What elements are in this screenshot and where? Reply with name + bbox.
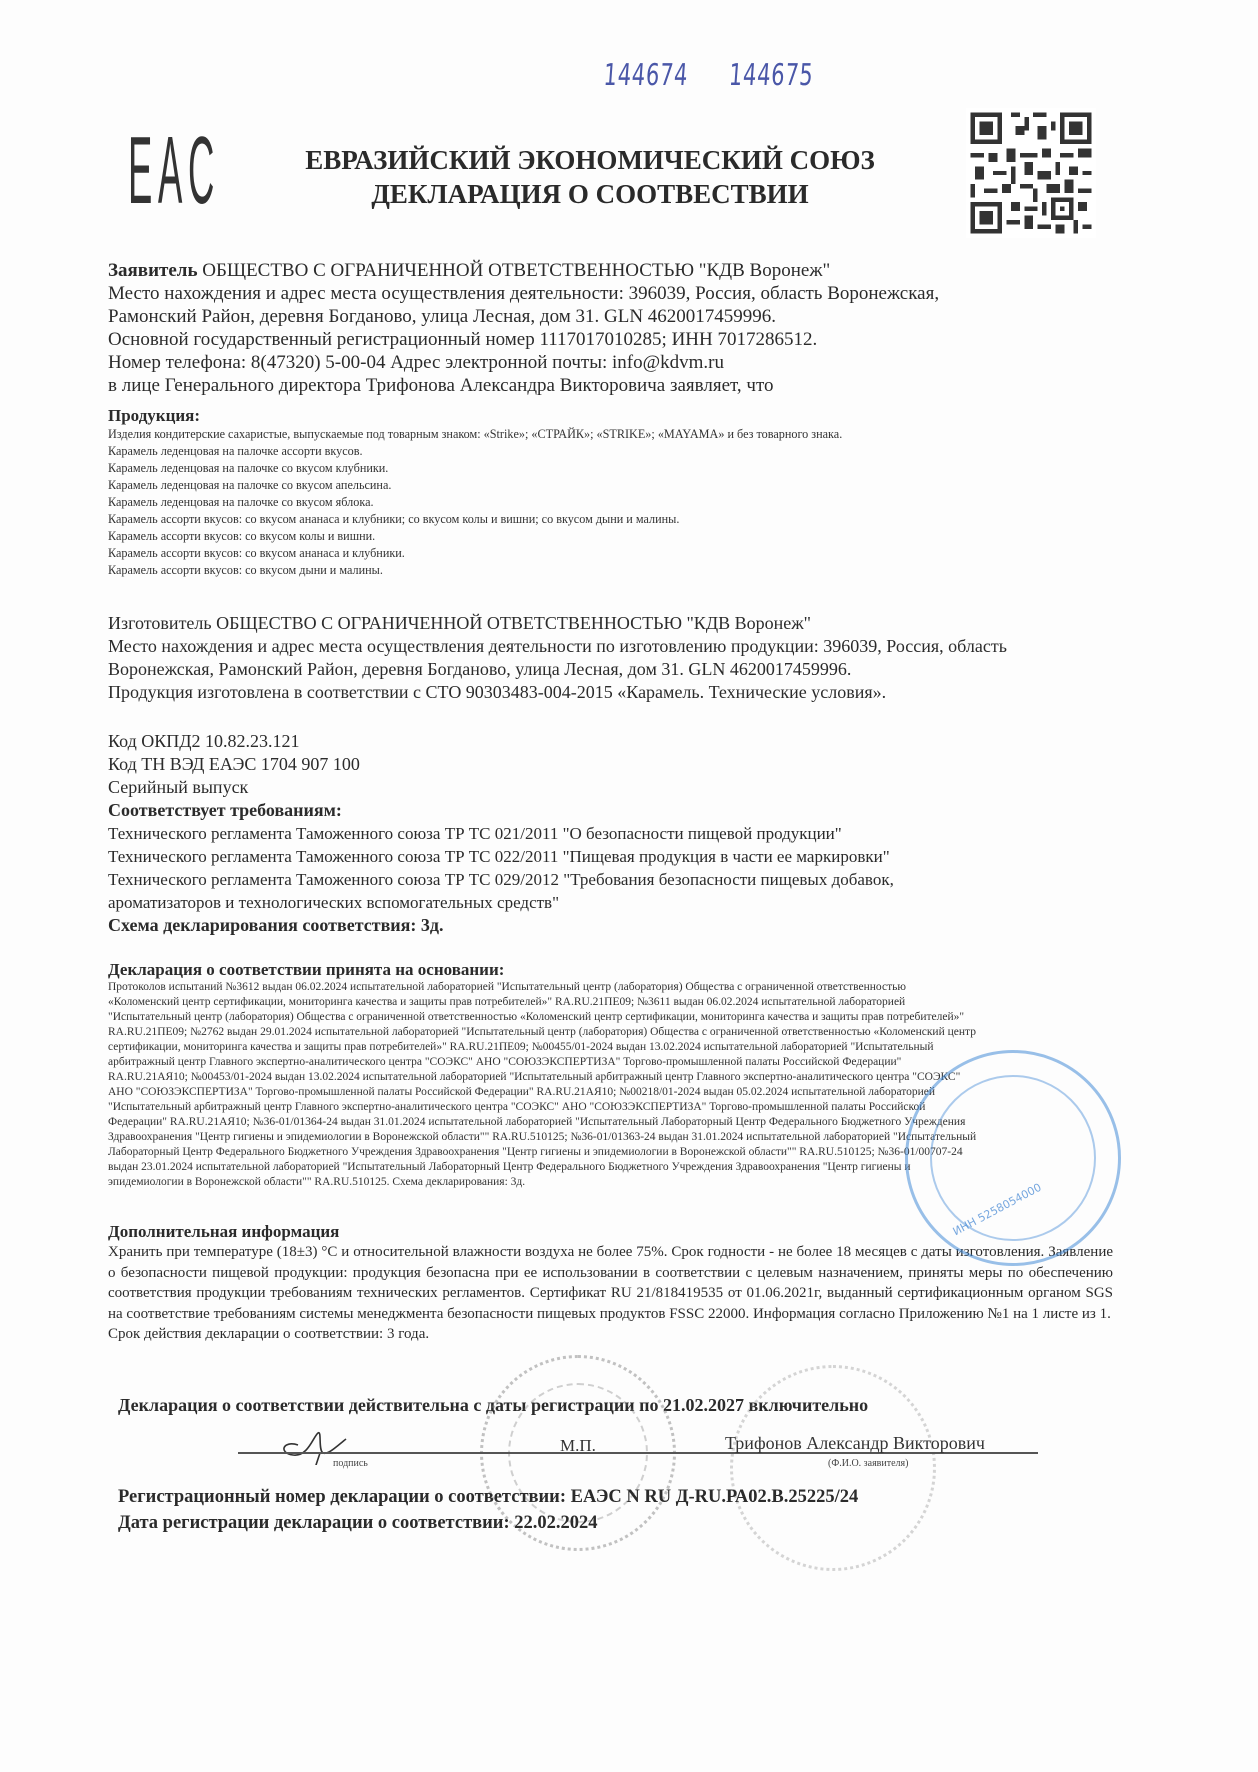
blue-seal-text: ИНН 5258054000: [951, 1181, 1044, 1239]
basis-label: Декларация о соответствии принята на осн…: [108, 960, 1118, 980]
eac-letter-c: С: [188, 128, 197, 214]
applicant-section: Заявитель ОБЩЕСТВО С ОГРАНИЧЕННОЙ ОТВЕТС…: [108, 259, 1118, 397]
basis-line: "Испытательный центр (лаборатория) Общес…: [108, 1010, 1118, 1025]
product-item: Карамель ассорти вкусов: со вкусом анана…: [108, 511, 1118, 528]
eac-logo-icon: Е А С: [128, 128, 210, 214]
registration-number: Регистрационный номер декларации о соотв…: [118, 1487, 858, 1508]
product-item: Карамель леденцовая на палочке со вкусом…: [108, 460, 1118, 477]
handwritten-numbers: 144674 144675: [602, 58, 848, 93]
requirement-item: Технического регламента Таможенного союз…: [108, 822, 1118, 845]
signer-name: Трифонов Александр Викторович: [725, 1433, 985, 1454]
qr-code-icon: [966, 108, 1096, 238]
applicant-name: ОБЩЕСТВО С ОГРАНИЧЕННОЙ ОТВЕТСТВЕННОСТЬЮ…: [198, 260, 831, 281]
applicant-label: Заявитель: [108, 260, 198, 281]
product-item: Карамель ассорти вкусов: со вкусом анана…: [108, 545, 1118, 562]
handwritten-number-2: 144675: [728, 58, 815, 93]
manufacturer-section: Изготовитель ОБЩЕСТВО С ОГРАНИЧЕННОЙ ОТВ…: [108, 612, 1118, 704]
tn-ved-code: Код ТН ВЭД ЕАЭС 1704 907 100: [108, 753, 1118, 776]
manufacturer-standard: Продукция изготовлена в соответствии с С…: [108, 681, 1118, 704]
document-title: ЕВРАЗИЙСКИЙ ЭКОНОМИЧЕСКИЙ СОЮЗ ДЕКЛАРАЦИ…: [280, 143, 900, 211]
blue-seal-stamp: ИНН 5258054000: [905, 1050, 1121, 1266]
requirements-label: Соответствует требованиям:: [108, 799, 1118, 822]
requirement-item: Технического регламента Таможенного союз…: [108, 845, 1118, 868]
additional-info-text: Хранить при температуре (18±3) °С и отно…: [108, 1242, 1113, 1324]
product-item: Карамель ассорти вкусов: со вкусом колы …: [108, 528, 1118, 545]
products-section: Продукция: Изделия кондитерские сахарист…: [108, 406, 1118, 579]
product-item: Карамель леденцовая на палочке со вкусом…: [108, 494, 1118, 511]
basis-line: RA.RU.21ПЕ09; №2762 выдан 29.01.2024 исп…: [108, 1025, 1118, 1040]
requirement-item: ароматизаторов и технологических вспомог…: [108, 891, 1118, 914]
declaration-page: 144674 144675 Е А С ЕВРАЗИЙСКИЙ ЭКОНОМИЧ…: [0, 0, 1258, 1772]
declaration-scheme: Схема декларирования соответствия: 3д.: [108, 914, 1118, 937]
product-item: Изделия кондитерские сахаристые, выпуска…: [108, 426, 1118, 443]
okpd2-code: Код ОКПД2 10.82.23.121: [108, 730, 1118, 753]
signature-caption: подпись: [333, 1458, 368, 1469]
title-union: ЕВРАЗИЙСКИЙ ЭКОНОМИЧЕСКИЙ СОЮЗ: [280, 143, 900, 177]
manufacturer-address-1: Место нахождения и адрес места осуществл…: [108, 635, 1118, 658]
eac-letter-e: Е: [128, 128, 137, 214]
basis-line: сертификации, мониторинга качества и защ…: [108, 1040, 1118, 1055]
basis-line: «Коломенский центр сертификации, монитор…: [108, 995, 1118, 1010]
handwritten-number-1: 144674: [602, 58, 689, 93]
applicant-address-2: Рамонский Район, деревня Богданово, улиц…: [108, 305, 1118, 328]
applicant-line: Заявитель ОБЩЕСТВО С ОГРАНИЧЕННОЙ ОТВЕТС…: [108, 259, 1118, 282]
registration-date: Дата регистрации декларации о соответств…: [118, 1513, 598, 1534]
manufacturer-name: Изготовитель ОБЩЕСТВО С ОГРАНИЧЕННОЙ ОТВ…: [108, 612, 1118, 635]
validity-term: Срок действия декларации о соответствии:…: [108, 1324, 1113, 1345]
title-declaration: ДЕКЛАРАЦИЯ О СООТВЕСТВИИ: [280, 177, 900, 211]
codes-section: Код ОКПД2 10.82.23.121 Код ТН ВЭД ЕАЭС 1…: [108, 730, 1118, 937]
applicant-ogrn: Основной государственный регистрационный…: [108, 328, 1118, 351]
product-item: Карамель ассорти вкусов: со вкусом дыни …: [108, 562, 1118, 579]
basis-line: Протоколов испытаний №3612 выдан 06.02.2…: [108, 980, 1118, 995]
product-item: Карамель леденцовая на палочке ассорти в…: [108, 443, 1118, 460]
applicant-representative: в лице Генерального директора Трифонова …: [108, 374, 1118, 397]
seal-place-label: М.П.: [560, 1436, 596, 1456]
release-type: Серийный выпуск: [108, 776, 1118, 799]
eac-letter-a: А: [158, 128, 167, 214]
fio-caption: (Ф.И.О. заявителя): [828, 1458, 908, 1469]
manufacturer-address-2: Воронежская, Рамонский Район, деревня Бо…: [108, 658, 1118, 681]
applicant-address-1: Место нахождения и адрес места осуществл…: [108, 282, 1118, 305]
products-label: Продукция:: [108, 406, 1118, 426]
product-item: Карамель леденцовая на палочке со вкусом…: [108, 477, 1118, 494]
requirement-item: Технического регламента Таможенного союз…: [108, 868, 1118, 891]
applicant-contacts: Номер телефона: 8(47320) 5-00-04 Адрес э…: [108, 351, 1118, 374]
